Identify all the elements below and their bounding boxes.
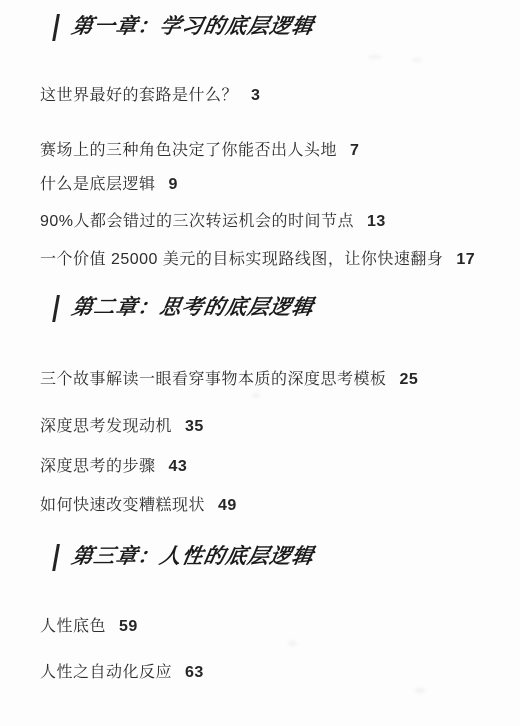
entry-title: 深度思考发现动机 bbox=[40, 418, 172, 435]
entry-page-number: 3 bbox=[251, 87, 260, 104]
toc-entry: 这世界最好的套路是什么？3 bbox=[40, 85, 520, 106]
chapter-heading: 第三章：人性的底层逻辑 bbox=[52, 542, 520, 572]
toc-entry: 一个价值 25000 美元的目标实现路线图，让你快速翻身17 bbox=[40, 249, 520, 270]
toc-chapter: 第二章：思考的底层逻辑 三个故事解读一眼看穿事物本质的深度思考模板25 深度思考… bbox=[40, 293, 520, 516]
toc-entry: 深度思考的步骤43 bbox=[40, 456, 520, 477]
entry-title: 一个价值 25000 美元的目标实现路线图，让你快速翻身 bbox=[40, 251, 443, 268]
entry-title: 深度思考的步骤 bbox=[40, 458, 156, 475]
toc-chapter: 第三章：人性的底层逻辑 人性底色59 人性之自动化反应63 bbox=[40, 542, 520, 683]
entry-page-number: 49 bbox=[218, 497, 237, 514]
entry-page-number: 13 bbox=[367, 213, 386, 230]
entry-page-number: 59 bbox=[119, 618, 138, 635]
toc-chapter: 第一章：学习的底层逻辑 这世界最好的套路是什么？3 赛场上的三种角色决定了你能否… bbox=[40, 12, 520, 270]
chapter-entries: 三个故事解读一眼看穿事物本质的深度思考模板25 深度思考发现动机35 深度思考的… bbox=[40, 369, 520, 516]
entry-page-number: 35 bbox=[185, 418, 204, 435]
entry-page-number: 17 bbox=[456, 251, 475, 268]
chapter-entries: 这世界最好的套路是什么？3 赛场上的三种角色决定了你能否出人头地7 什么是底层逻… bbox=[40, 85, 520, 270]
entry-title: 人性之自动化反应 bbox=[40, 664, 172, 681]
toc-entry: 人性之自动化反应63 bbox=[40, 662, 520, 683]
chapter-heading: 第二章：思考的底层逻辑 bbox=[52, 293, 520, 323]
toc-entry: 如何快速改变糟糕现状49 bbox=[40, 495, 520, 516]
entry-page-number: 43 bbox=[169, 458, 188, 475]
entry-title: 90%人都会错过的三次转运机会的时间节点 bbox=[40, 213, 354, 230]
chapter-title: 第三章：人性的底层逻辑 bbox=[69, 542, 316, 572]
toc-entry: 赛场上的三种角色决定了你能否出人头地7 bbox=[40, 140, 520, 161]
entry-title: 三个故事解读一眼看穿事物本质的深度思考模板 bbox=[40, 371, 387, 388]
chapter-slash-mark-icon bbox=[52, 295, 60, 322]
toc-chapters: 第一章：学习的底层逻辑 这世界最好的套路是什么？3 赛场上的三种角色决定了你能否… bbox=[40, 12, 520, 683]
toc-entry: 90%人都会错过的三次转运机会的时间节点13 bbox=[40, 211, 520, 232]
entry-title: 这世界最好的套路是什么？ bbox=[40, 87, 238, 104]
chapter-slash-mark-icon bbox=[52, 14, 60, 41]
chapter-entries: 人性底色59 人性之自动化反应63 bbox=[40, 616, 520, 683]
entry-page-number: 7 bbox=[350, 142, 359, 159]
scan-smudge bbox=[414, 688, 426, 693]
toc-entry: 深度思考发现动机35 bbox=[40, 416, 520, 437]
entry-title: 如何快速改变糟糕现状 bbox=[40, 497, 205, 514]
toc-entry: 三个故事解读一眼看穿事物本质的深度思考模板25 bbox=[40, 369, 520, 390]
entry-page-number: 25 bbox=[400, 371, 419, 388]
toc-entry: 人性底色59 bbox=[40, 616, 520, 637]
chapter-heading: 第一章：学习的底层逻辑 bbox=[52, 12, 520, 42]
chapter-title: 第二章：思考的底层逻辑 bbox=[69, 293, 316, 323]
entry-page-number: 9 bbox=[169, 176, 178, 193]
chapter-slash-mark-icon bbox=[52, 544, 60, 571]
entry-title: 赛场上的三种角色决定了你能否出人头地 bbox=[40, 142, 337, 159]
entry-title: 人性底色 bbox=[40, 618, 106, 635]
chapter-title: 第一章：学习的底层逻辑 bbox=[69, 12, 316, 42]
toc-page: 第一章：学习的底层逻辑 这世界最好的套路是什么？3 赛场上的三种角色决定了你能否… bbox=[0, 0, 520, 726]
toc-entry: 什么是底层逻辑9 bbox=[40, 174, 520, 195]
entry-title: 什么是底层逻辑 bbox=[40, 176, 156, 193]
entry-page-number: 63 bbox=[185, 664, 204, 681]
